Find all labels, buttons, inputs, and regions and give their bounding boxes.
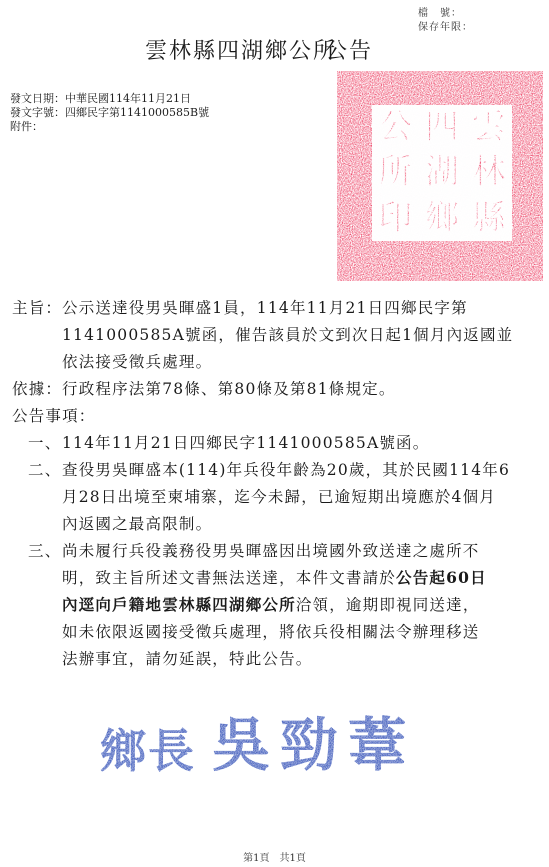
page-indicator: 第1頁 共1頁: [0, 849, 549, 864]
bold-office: 內逕向戶籍地雲林縣四湖鄉公所: [62, 595, 296, 614]
notice-item-2-line-2: 月28日出境至柬埔寨，迄今未歸，已逾短期出境應於4個月: [62, 485, 496, 507]
subject-line-2: 1141000585A號函，催告該員於文到次日起1個月內返國並: [62, 323, 513, 345]
subject-line-1: 公示送達役男吳暉盛1員，114年11月21日四鄉民字第: [62, 296, 468, 318]
notice-item-3-line-5: 法辦事宜，請勿延誤，特此公告。: [62, 647, 313, 669]
notice-item-1-marker: 一、: [28, 431, 61, 453]
subject-label: 主旨：: [12, 296, 62, 318]
signature-title: 鄉長: [100, 716, 196, 786]
signature-name: 吳勁葦: [212, 710, 416, 780]
mayor-signature-stamp: 鄉長 吳勁葦: [100, 712, 470, 782]
notice-item-2-line-3: 內返國之最高限制。: [62, 512, 212, 534]
notice-label: 公告事項：: [12, 404, 96, 426]
notice-item-3-line-2: 明，致主旨所述文書無法送達，本件文書請於公告起60日: [62, 566, 487, 588]
notice-item-3-line-4: 如未依限返國接受徵兵處理，將依兵役相關法令辦理移送: [62, 620, 480, 642]
notice-item-2-line-1: 查役男吳暉盛本(114)年兵役年齡為20歲，其於民國114年6: [62, 458, 510, 480]
subject-line-3: 依法接受徵兵處理。: [62, 350, 212, 372]
basis-text: 行政程序法第78條、第80條及第81條規定。: [62, 377, 396, 399]
notice-item-1-line-1: 114年11月21日四鄉民字1141000585A號函。: [62, 431, 429, 453]
notice-item-3-marker: 三、: [28, 539, 61, 561]
basis-label: 依據：: [12, 377, 62, 399]
notice-item-3-line-1: 尚未履行兵役義務役男吳暉盛因出境國外致送達之處所不: [62, 539, 480, 561]
bold-deadline: 公告起60日: [396, 568, 487, 587]
notice-item-3-line-3: 內逕向戶籍地雲林縣四湖鄉公所洽領，逾期即視同送達，: [62, 593, 480, 615]
notice-item-2-marker: 二、: [28, 458, 61, 480]
document-body: 主旨： 公示送達役男吳暉盛1員，114年11月21日四鄉民字第 11410005…: [0, 0, 549, 700]
